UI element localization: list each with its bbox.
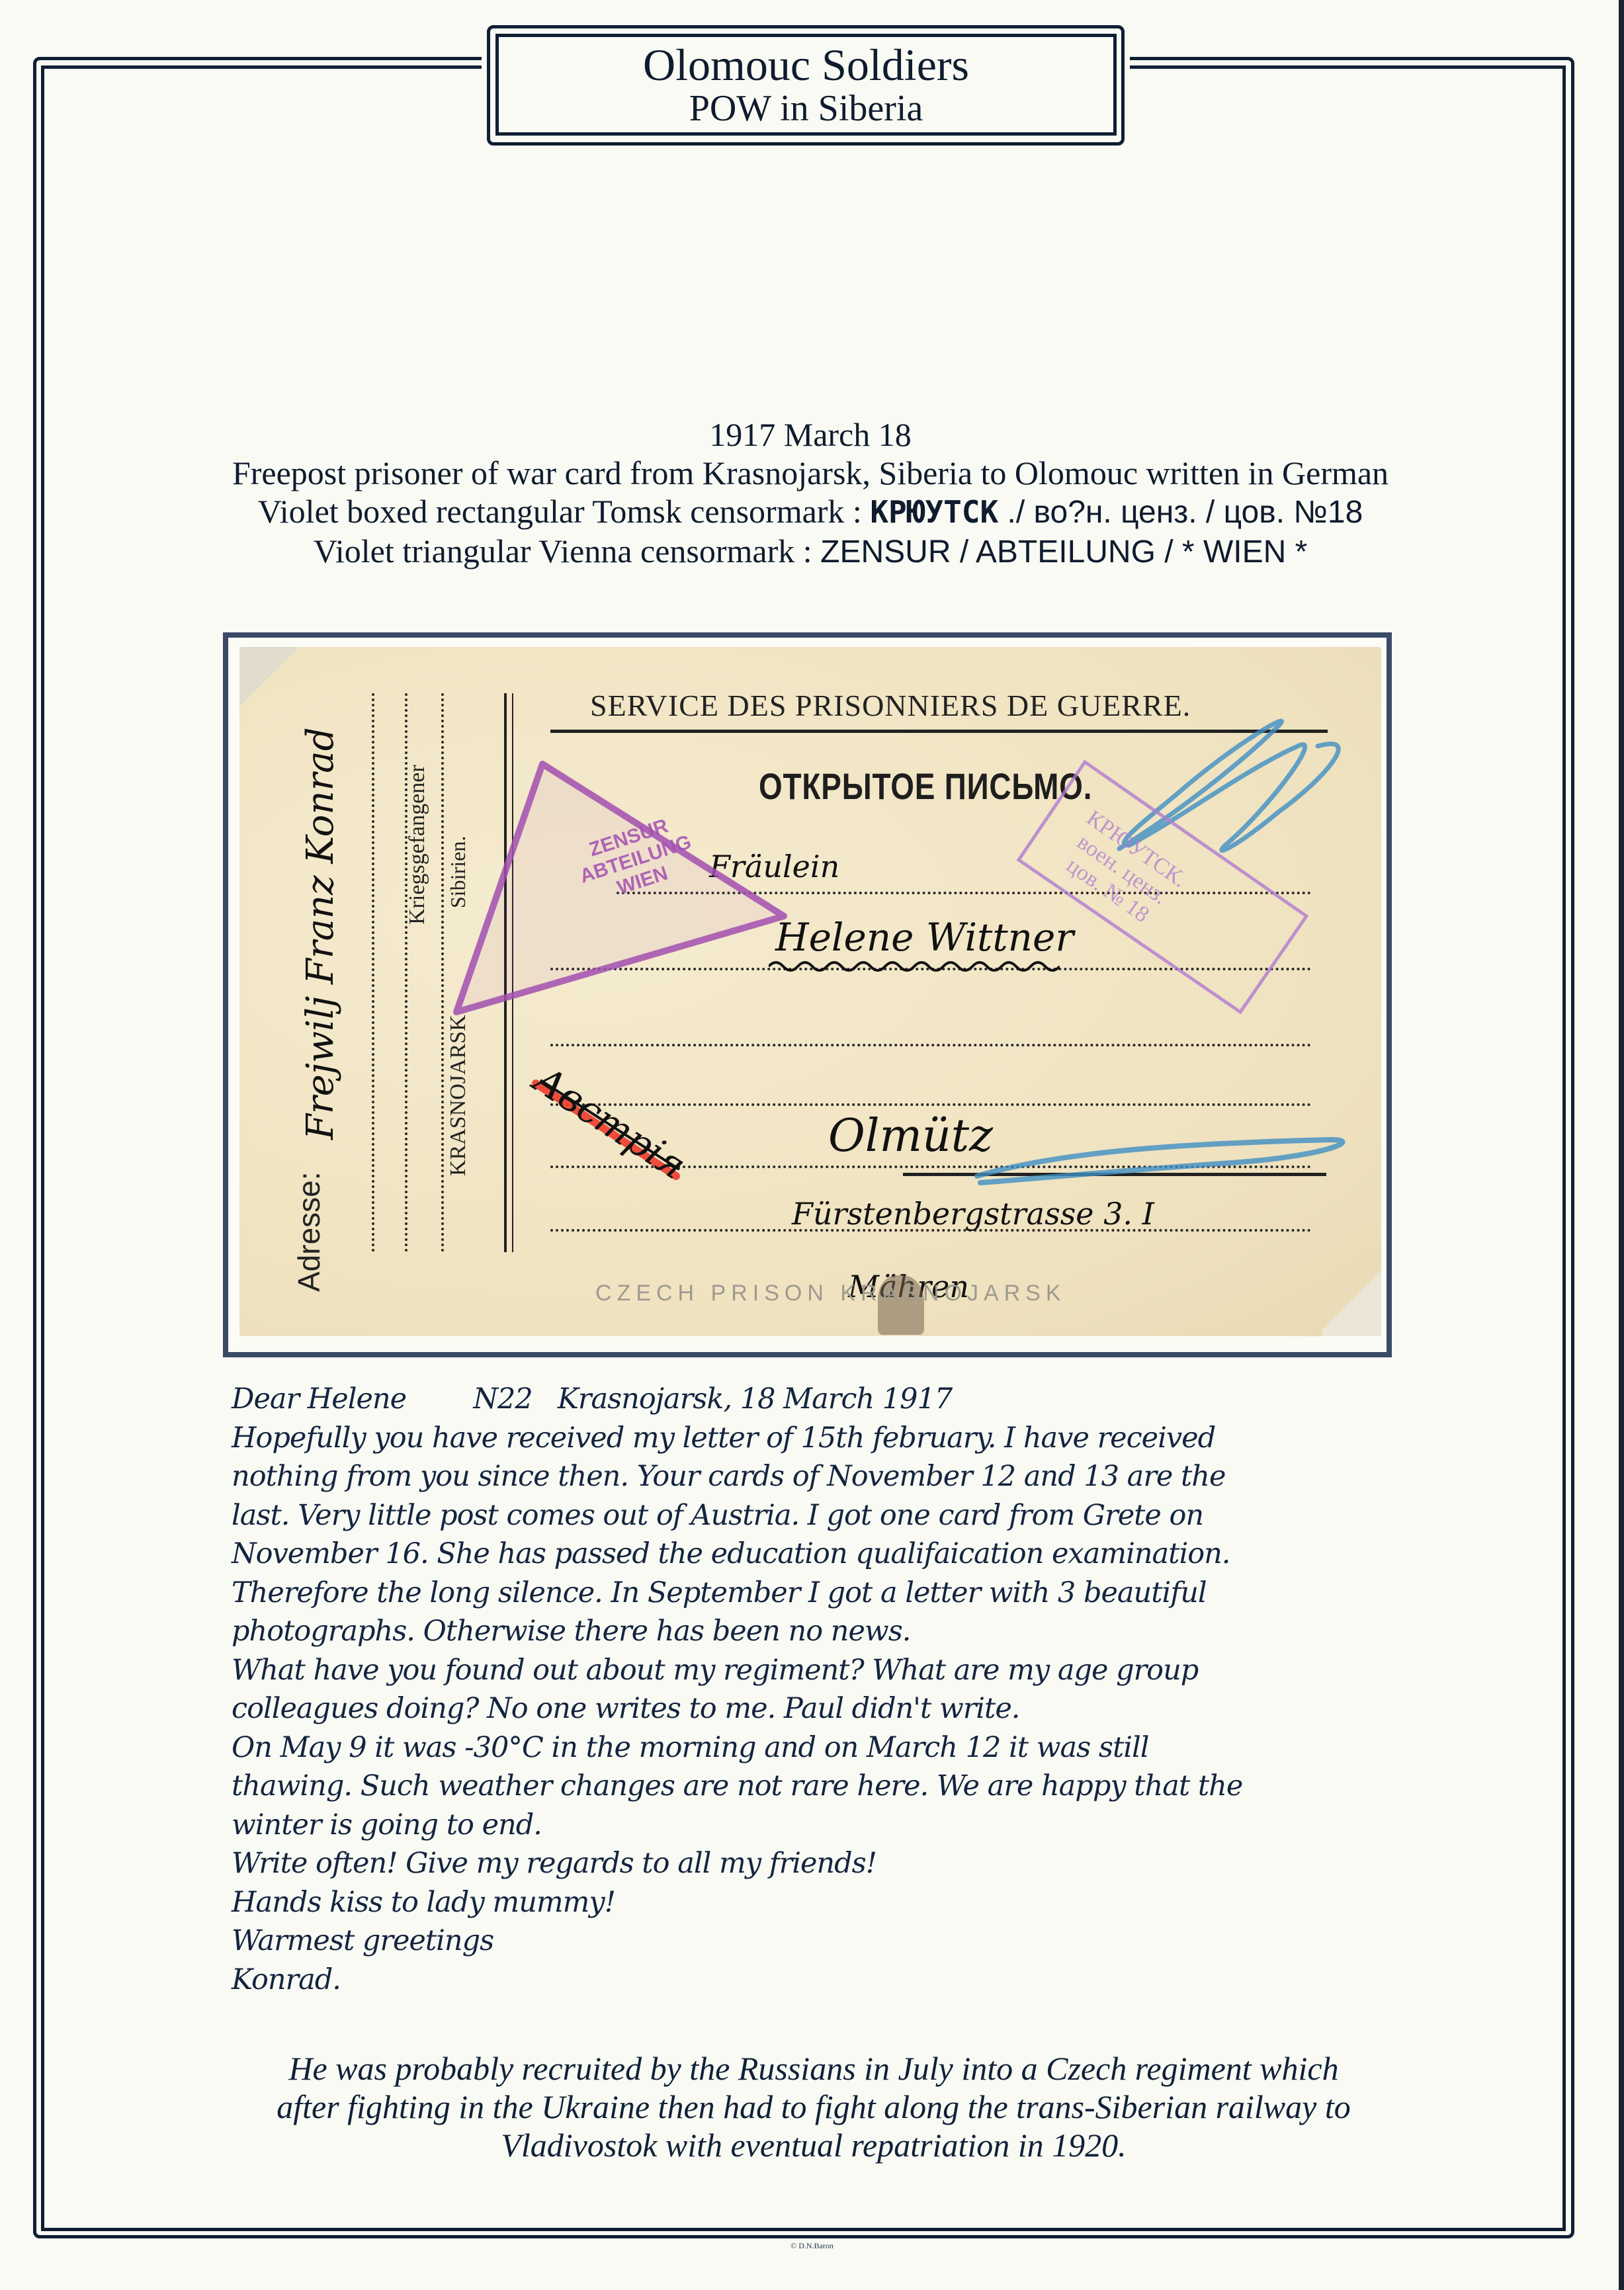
letter-line: photographs. Otherwise there has been no… (232, 1612, 1455, 1651)
card-markings (239, 647, 1381, 1336)
letter-line: Therefore the long silence. In September… (232, 1574, 1455, 1613)
letter-line: winter is going to end. (232, 1806, 1455, 1845)
tomsk-censor-name: КРЮУТСК (870, 494, 998, 530)
letter-line: Hopefully you have received my letter of… (232, 1419, 1455, 1458)
page-title: Olomouc Soldiers (643, 42, 969, 87)
letter-line: What have you found out about my regimen… (232, 1651, 1455, 1690)
item-description: 1917 March 18 Freepost prisoner of war c… (66, 415, 1555, 572)
tomsk-censor-description: Violet boxed rectangular Tomsk censormar… (66, 492, 1555, 532)
vienna-censor-description: Violet triangular Vienna censormark : ZE… (66, 532, 1555, 572)
letter-line: Write often! Give my regards to all my f… (232, 1844, 1455, 1883)
letter-translation: Dear Helene N22 Krasnojarsk, 18 March 19… (232, 1380, 1455, 1999)
letter-line: Warmest greetings (232, 1922, 1455, 1961)
pencil-annotation: CZECH PRISON KRASNOJARSK (595, 1281, 1066, 1306)
page-subtitle: POW in Siberia (689, 90, 923, 127)
letter-line: nothing from you since then. Your cards … (232, 1457, 1455, 1496)
letter-line: On May 9 it was -30°C in the morning and… (232, 1728, 1455, 1767)
vienna-censor-text: ZENSUR / ABTEILUNG / * WIEN * (820, 534, 1307, 570)
item-summary: Freepost prisoner of war card from Krasn… (66, 454, 1555, 492)
letter-line: thawing. Such weather changes are not ra… (232, 1767, 1455, 1806)
letter-line: last. Very little post comes out of Aust… (232, 1496, 1455, 1535)
letter-line: November 16. She has passed the educatio… (232, 1535, 1455, 1574)
postcard: Adresse: Frejwilj Franz Konrad Kriegsgef… (239, 647, 1381, 1336)
letter-line: Hands kiss to lady mummy! (232, 1883, 1455, 1922)
letter-line: Dear Helene N22 Krasnojarsk, 18 March 19… (232, 1380, 1455, 1419)
blue-crayon-scribble (1119, 721, 1338, 851)
letter-line: colleagues doing? No one writes to me. P… (232, 1689, 1455, 1728)
historical-note: He was probably recruited by the Russian… (165, 2049, 1462, 2164)
copyright: © D.N.Baron (0, 2241, 1624, 2251)
title-box-inner: Olomouc Soldiers POW in Siberia (495, 34, 1117, 136)
item-date: 1917 March 18 (66, 415, 1555, 454)
letter-line: Konrad. (232, 1961, 1455, 2000)
blue-crayon-underline (977, 1140, 1342, 1183)
scan-edge (1619, 0, 1624, 2290)
